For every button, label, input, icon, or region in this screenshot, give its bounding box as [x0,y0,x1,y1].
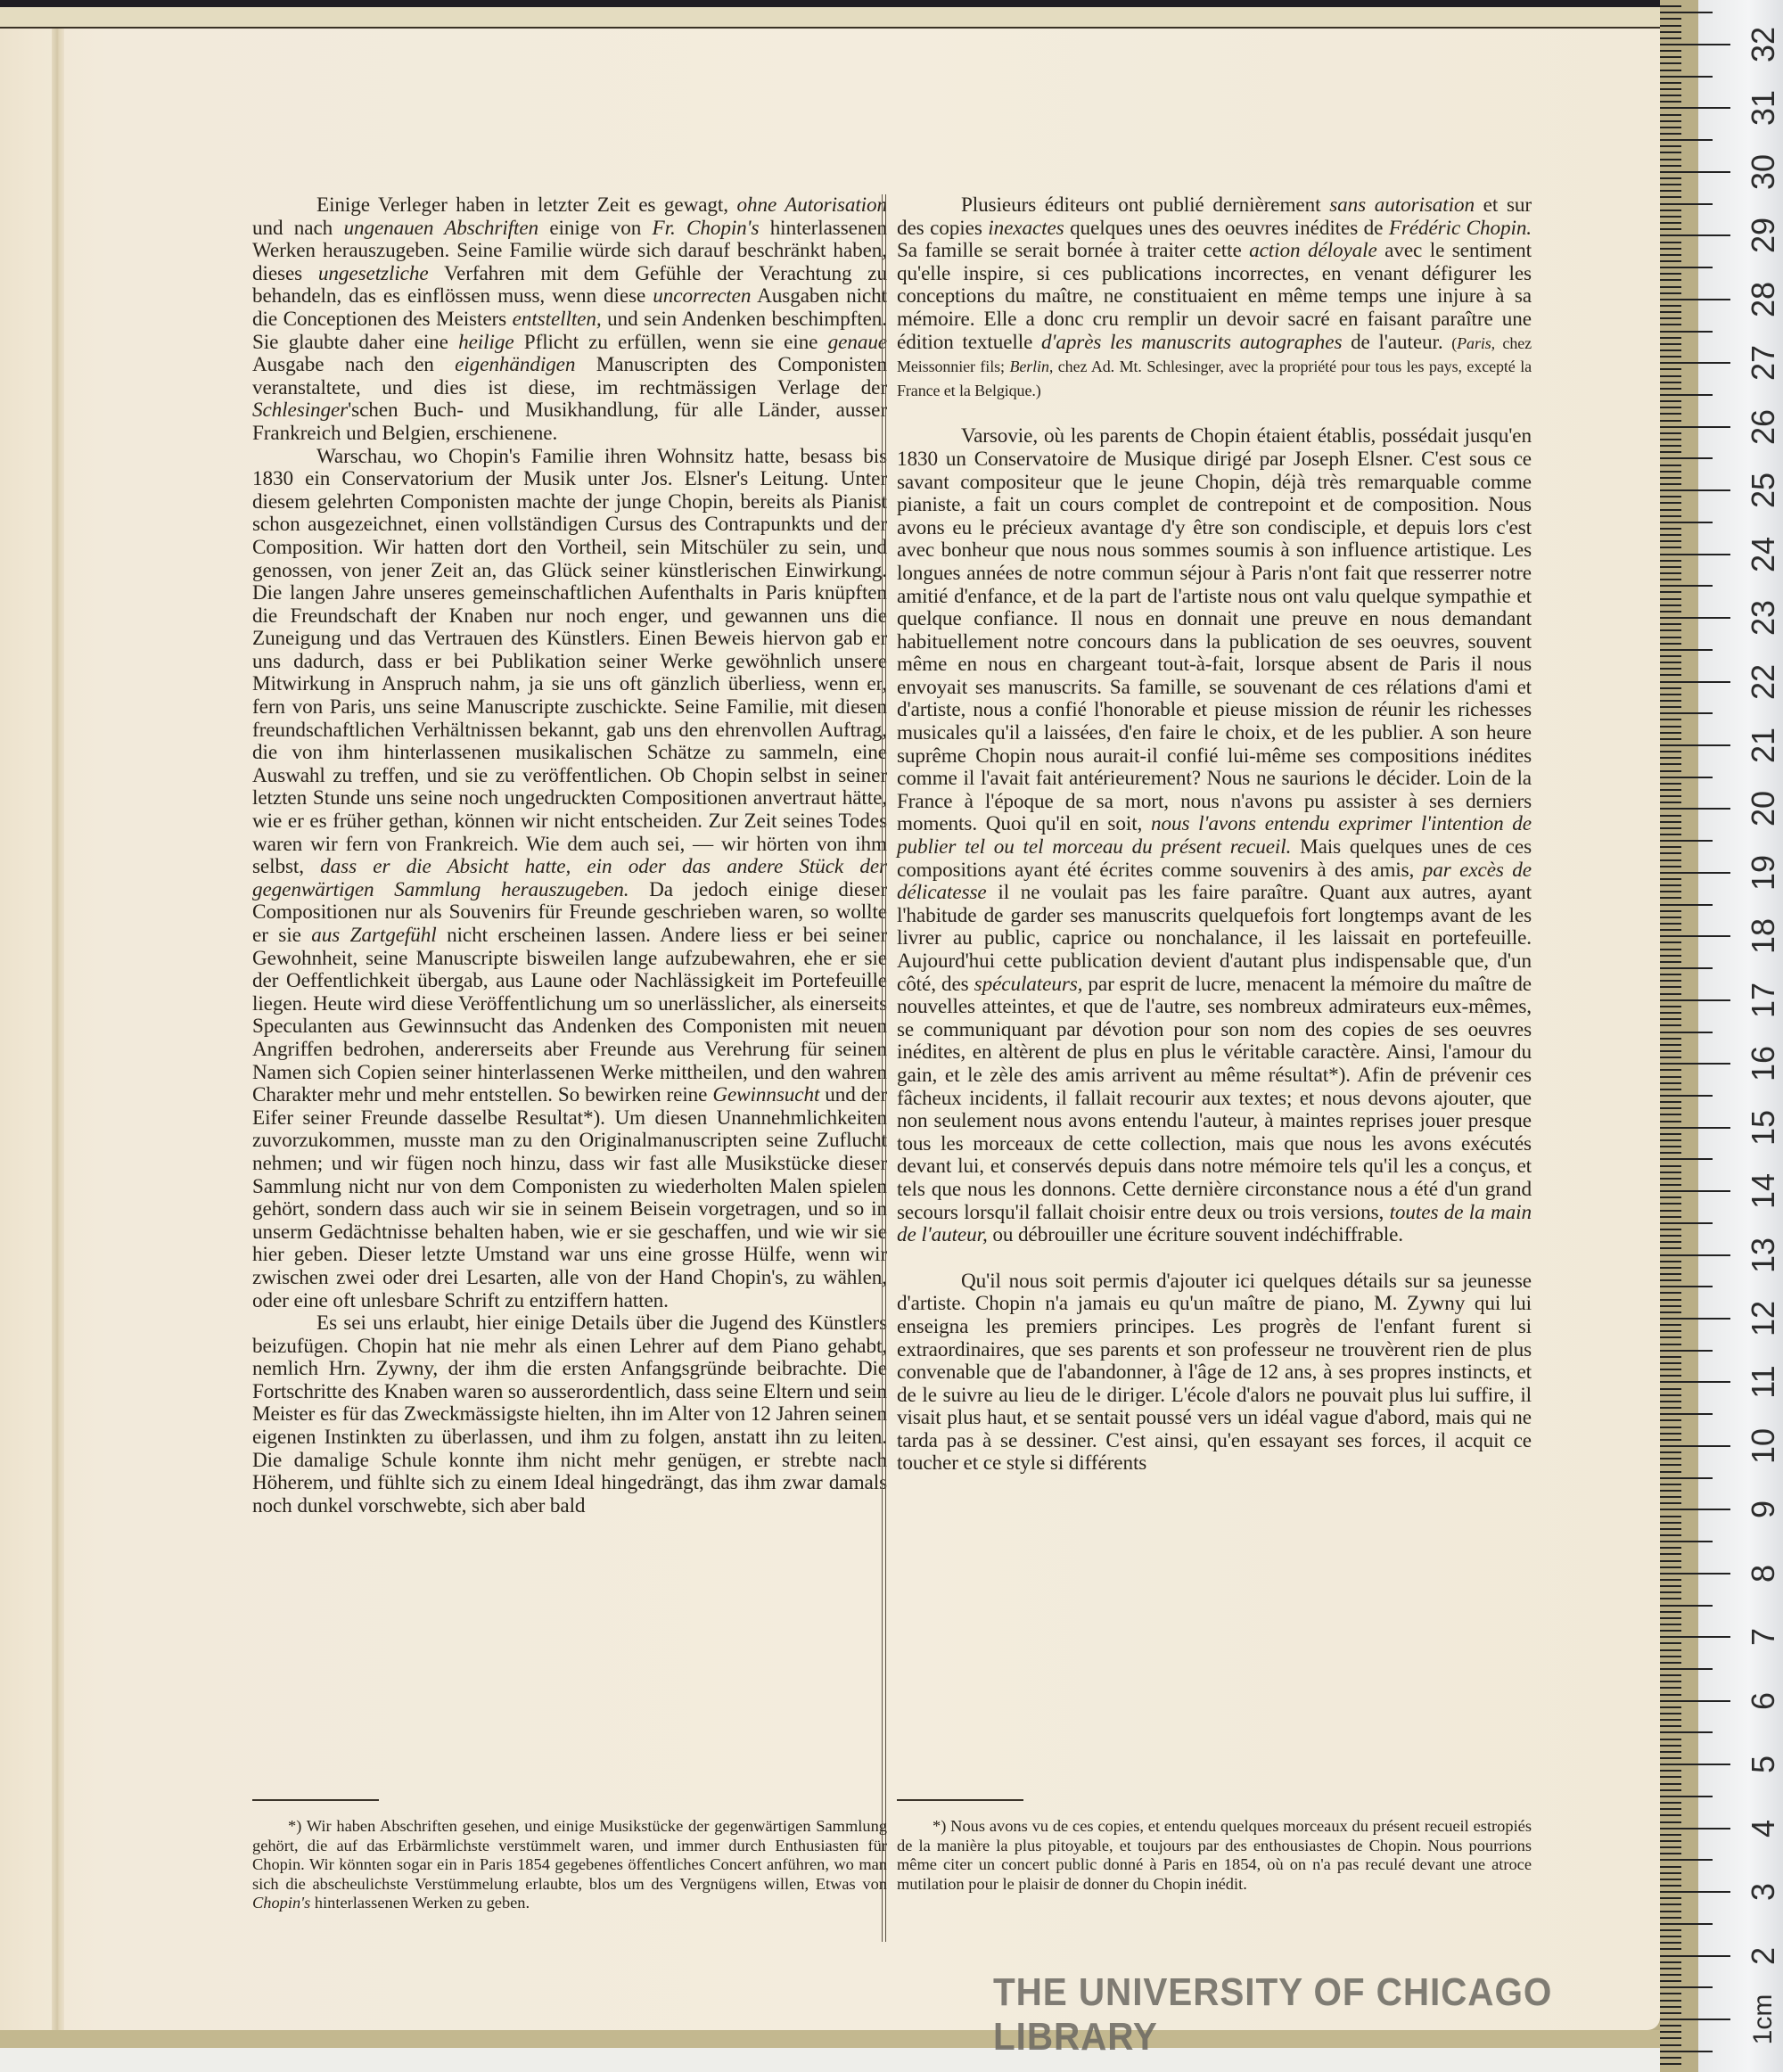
ruler-tick [1660,273,1681,275]
ruler-tick [1660,1897,1681,1899]
german-paragraph-intro: Einige Verleger haben in letzter Zeit es… [252,194,887,446]
ruler-label: 27 [1747,336,1779,390]
book-top-edge [0,7,1698,29]
ruler-tick [1660,1611,1681,1613]
ruler-tick [1660,923,1681,925]
ruler-tick [1660,88,1681,90]
ruler-tick [1660,547,1681,548]
ruler-tick [1660,420,1681,422]
ruler-tick [1660,1388,1681,1390]
ruler-tick [1660,159,1681,160]
ruler-tick [1660,1107,1681,1109]
ruler-tick [1660,1139,1681,1141]
ruler-label: 7 [1747,1610,1779,1664]
ruler-tick [1660,1330,1681,1332]
ruler-tick [1660,165,1681,167]
ruler-tick [1660,483,1681,485]
ruler-tick [1660,317,1681,319]
ruler-tick [1660,1012,1681,1014]
ruler-tick [1660,1336,1681,1338]
ruler-tick [1660,1305,1681,1307]
ruler-tick [1660,1770,1681,1772]
ruler-tick [1660,1757,1681,1759]
ruler-tick [1660,120,1681,122]
ruler-tick [1660,1731,1713,1733]
ruler-tick [1660,808,1730,810]
ruler-label: 24 [1747,528,1779,581]
ruler-tick [1660,1076,1681,1078]
ruler-tick [1660,1229,1681,1230]
ruler-tick [1660,643,1681,645]
german-footnote-text: *) Wir haben Abschriften gesehen, und ei… [252,1817,887,1913]
ruler-tick [1660,1318,1730,1320]
ruler-tick [1660,1292,1681,1294]
ruler-tick [1660,1917,1681,1919]
ruler-tick [1660,1624,1681,1625]
ruler-tick [1660,1369,1681,1370]
ruler-tick [1660,655,1681,657]
library-stamp: THE UNIVERSITY OF CHICAGO LIBRARY [993,1970,1720,2060]
ruler-tick [1660,522,1713,523]
ruler-tick [1660,133,1681,135]
ruler-tick [1660,878,1681,880]
ruler-tick [1660,846,1681,848]
ruler-tick [1660,1872,1681,1874]
ruler-tick [1660,127,1681,128]
ruler-tick [1660,617,1730,619]
ruler-label: 25 [1747,464,1779,517]
ruler-tick [1660,114,1681,116]
ruler-tick [1660,980,1681,982]
ruler-tick [1660,967,1713,969]
ruler-tick [1660,859,1681,861]
german-footnote: *) Wir haben Abschriften gesehen, und ei… [252,1817,887,1913]
ruler-tick [1660,471,1681,473]
ruler-tick [1660,1713,1681,1714]
ruler-tick [1660,795,1681,797]
ruler-tick [1660,591,1681,593]
ruler-tick [1660,1955,1730,1957]
ruler-tick [1660,993,1681,995]
french-paragraph-varsovie: Varsovie, où les parents de Chopin étaie… [897,425,1532,1246]
ruler-tick [1660,382,1681,383]
ruler-tick [1660,974,1681,975]
ruler-label: 9 [1747,1483,1779,1536]
ruler-tick [1660,1133,1681,1135]
french-paragraph-intro: Plusieurs éditeurs ont publié dernièreme… [897,194,1532,402]
ruler-tick [1660,1165,1681,1167]
ruler-tick [1660,1299,1681,1301]
ruler-label: 26 [1747,400,1779,454]
ruler-tick [1660,1044,1681,1046]
ruler-tick [1660,1636,1730,1638]
binding-gutter [52,29,64,2030]
ruler-tick [1660,1362,1681,1364]
ruler-tick [1660,1273,1681,1275]
ruler-tick [1660,1656,1681,1657]
ruler-tick [1660,1605,1713,1607]
ruler-tick [1660,101,1681,103]
ruler-tick [1660,1089,1681,1090]
ruler-tick [1660,1719,1681,1721]
ruler-tick [1660,1419,1681,1421]
ruler-tick [1660,1961,1681,1963]
ruler-tick [1660,866,1681,867]
ruler-tick [1660,598,1681,600]
ruler-tick [1660,687,1681,689]
ruler-tick [1660,1261,1681,1262]
ruler-tick [1660,426,1730,428]
ruler-tick [1660,540,1681,542]
ruler-label: 13 [1747,1229,1779,1282]
ruler-tick [1660,783,1681,785]
ruler-tick [1660,1502,1681,1504]
ruler-tick [1660,1668,1713,1670]
ruler-label: 31 [1747,81,1779,135]
ruler-tick [1660,929,1681,931]
ruler-tick [1660,719,1681,720]
ruler-tick [1660,700,1681,702]
ruler-tick [1660,1516,1681,1517]
ruler-tick [1660,1617,1681,1619]
ruler-tick [1660,1490,1681,1492]
ruler-tick [1660,1394,1681,1396]
ruler-tick [1660,349,1681,351]
french-text-column: Plusieurs éditeurs ont publié dernièreme… [897,194,1532,1476]
ruler-tick [1660,1579,1681,1581]
german-paragraph-youth: Es sei uns erlaubt, hier einige Details … [252,1312,887,1517]
ruler-tick [1660,1032,1713,1033]
ruler-tick [1660,1528,1681,1530]
ruler-tick [1660,368,1681,370]
ruler-tick [1660,1859,1713,1861]
ruler-tick [1660,1885,1681,1887]
ruler-tick [1660,757,1681,759]
ruler-tick [1660,1057,1681,1058]
ruler-tick [1660,1439,1681,1441]
ruler-tick [1660,1286,1713,1287]
ruler-tick [1660,413,1681,415]
ruler-tick [1660,234,1730,236]
ruler-tick [1660,1375,1681,1377]
ruler-tick [1660,999,1730,1001]
ruler-tick [1660,1018,1681,1020]
ruler-tick [1660,477,1681,479]
ruler-tick [1660,1802,1681,1804]
ruler-tick [1660,1725,1681,1727]
ruler-tick [1660,70,1681,71]
ruler-tick [1660,751,1681,752]
ruler-tick [1660,789,1681,791]
ruler-tick [1660,311,1681,313]
ruler-tick [1660,1254,1730,1256]
ruler-label: 19 [1747,846,1779,900]
ruler-tick [1660,1401,1681,1402]
ruler-tick [1660,1936,1681,1937]
ruler-label: 3 [1747,1865,1779,1919]
ruler-label: 28 [1747,273,1779,326]
ruler-tick [1660,457,1713,459]
ruler-tick [1660,18,1681,20]
ruler-tick [1660,171,1730,173]
ruler-tick [1660,1477,1713,1479]
ruler-tick [1660,1694,1681,1696]
ruler-tick [1660,184,1681,185]
ruler-tick [1660,1681,1681,1682]
ruler-tick [1660,1674,1681,1676]
ruler-tick [1660,579,1681,580]
ruler-tick [1660,1311,1681,1313]
ruler-tick [1660,1649,1681,1651]
ruler-tick [1660,1350,1713,1352]
ruler-tick [1660,1222,1713,1224]
ruler-tick [1660,1095,1713,1097]
ruler-tick [1660,1484,1681,1485]
french-footnote-rule [897,1799,1023,1801]
ruler-tick [1660,674,1681,676]
ruler-label: 11 [1747,1355,1779,1409]
ruler-tick [1660,1814,1681,1816]
scanner-top-edge [0,0,1698,7]
ruler-tick [1660,941,1681,943]
ruler-tick [1660,904,1713,906]
ruler-tick [1660,509,1681,511]
ruler-tick [1660,1642,1681,1644]
ruler-tick [1660,1866,1681,1868]
ruler-tick [1660,834,1681,835]
ruler-tick [1660,5,1681,7]
ruler-tick [1660,917,1681,918]
ruler-tick [1660,662,1681,663]
ruler-tick [1660,668,1681,670]
ruler-tick [1660,1598,1681,1599]
ruler-tick [1660,152,1681,153]
ruler-label: 18 [1747,909,1779,963]
ruler-tick [1660,242,1681,243]
ruler-tick [1660,623,1681,625]
ruler-tick [1660,267,1713,268]
ruler-tick [1660,1573,1730,1575]
ruler-tick [1660,1184,1681,1186]
ruler-tick [1660,2063,1681,2065]
ruler-tick [1660,1471,1681,1473]
ruler-tick [1660,763,1681,765]
ruler-tick [1660,1427,1681,1428]
ruler-tick [1660,1496,1681,1498]
ruler-label: 21 [1747,719,1779,772]
ruler-tick [1660,44,1730,45]
ruler-tick [1660,827,1681,829]
ruler-tick [1660,1789,1681,1791]
ruler-tick [1660,770,1681,772]
ruler-tick [1660,299,1730,300]
ruler-tick [1660,604,1681,606]
ruler-tick [1660,534,1681,536]
ruler-tick [1660,82,1681,84]
ruler-tick [1660,1381,1730,1383]
ruler-tick [1660,107,1730,109]
ruler-tick [1660,1879,1681,1880]
ruler-tick [1660,439,1681,440]
ruler-tick [1660,343,1681,345]
ruler-tick [1660,1828,1730,1829]
ruler-tick [1660,1591,1681,1593]
ruler-tick [1660,1751,1681,1753]
german-paragraph-warsaw: Warschau, wo Chopin's Familie ihren Wohn… [252,446,887,1313]
ruler-tick [1660,694,1681,695]
ruler-tick [1660,1344,1681,1345]
ruler-tick [1660,12,1713,13]
french-footnote: *) Nous avons vu de ces copies, et enten… [897,1817,1532,1894]
ruler-tick [1660,649,1713,651]
ruler-tick [1660,228,1681,230]
ruler-tick [1660,1127,1730,1129]
ruler-tick [1660,566,1681,568]
ruler-tick [1660,802,1681,803]
ruler-tick [1660,1687,1681,1689]
ruler-label: 5 [1747,1738,1779,1791]
ruler-tick [1660,139,1713,141]
ruler-tick [1660,1152,1681,1154]
ruler-tick [1660,629,1681,631]
ruler-tick [1660,145,1681,147]
ruler-tick [1660,1247,1681,1249]
ruler-tick [1660,1662,1681,1664]
ruler-tick [1660,815,1681,817]
ruler-tick [1660,891,1681,892]
ruler-tick [1660,1911,1681,1912]
ruler-label: 29 [1747,209,1779,262]
ruler-label: 10 [1747,1419,1779,1473]
ruler-tick [1660,1356,1681,1358]
ruler-tick [1660,331,1713,333]
ruler-tick [1660,1038,1681,1040]
ruler-tick [1660,515,1681,517]
ruler-tick [1660,260,1681,262]
ruler-tick [1660,1553,1681,1555]
ruler-label: 20 [1747,782,1779,835]
ruler-label: 15 [1747,1101,1779,1155]
ruler-tick [1660,292,1681,294]
ruler-tick [1660,1948,1681,1950]
ruler-tick [1660,726,1681,728]
ruler-tick [1660,1739,1681,1740]
ruler-tick [1660,177,1681,179]
ruler-tick [1660,1458,1681,1459]
ruler-tick [1660,1509,1730,1510]
ruler-tick [1660,1808,1681,1810]
ruler-tick [1660,1267,1681,1269]
ruler-tick [1660,738,1681,740]
ruler-tick [1660,502,1681,504]
ruler-tick [1660,1903,1681,1905]
ruler-tick [1660,585,1713,587]
ruler-tick [1660,1560,1681,1562]
ruler-tick [1660,203,1713,205]
ruler-tick [1660,305,1681,307]
ruler-label: 2 [1747,1929,1779,1983]
ruler-tick [1660,76,1713,78]
ruler-label: 14 [1747,1164,1779,1218]
ruler-tick [1660,1464,1681,1466]
ruler-tick [1660,1050,1681,1052]
ruler-tick [1660,1585,1681,1587]
ruler-tick [1660,1279,1681,1281]
ruler-tick [1660,356,1681,358]
ruler-label: 32 [1747,18,1779,71]
french-intro-text: Plusieurs éditeurs ont publié dernièreme… [897,193,1532,354]
ruler-label: 1cm [1747,1979,1779,2060]
ruler-tick [1660,611,1681,613]
ruler-tick [1660,1846,1681,1848]
ruler-tick [1660,407,1681,408]
ruler-tick [1660,572,1681,574]
ruler-tick [1660,1196,1681,1198]
ruler-tick [1660,1968,1681,1969]
ruler-tick [1660,400,1681,402]
ruler-tick [1660,955,1681,957]
ruler-tick [1660,961,1681,963]
ruler-tick [1660,1706,1681,1708]
ruler-label: 30 [1747,145,1779,199]
ruler-tick [1660,216,1681,218]
ruler-tick [1660,1923,1713,1925]
ruler-tick [1660,1840,1681,1842]
ruler-label: 4 [1747,1802,1779,1855]
ruler-tick [1660,222,1681,224]
ruler-tick [1660,1063,1730,1065]
ruler-label: 17 [1747,974,1779,1027]
ruler-tick [1660,1082,1681,1084]
ruler-tick [1660,1821,1681,1823]
ruler-tick [1660,1101,1681,1103]
ruler-tick [1660,732,1681,734]
ruler-label: 12 [1747,1292,1779,1345]
ruler-tick [1660,1547,1681,1549]
ruler-tick [1660,1891,1730,1893]
ruler-tick [1660,1929,1681,1931]
ruler-label: 22 [1747,655,1779,709]
ruler-tick [1660,1024,1681,1026]
ruler-tick [1660,1172,1681,1173]
ruler-tick [1660,465,1681,466]
ruler-tick [1660,1942,1681,1944]
ruler-tick [1660,1241,1681,1243]
ruler-tick [1660,884,1681,886]
ruler-tick [1660,1069,1681,1071]
ruler-tick [1660,1433,1681,1435]
ruler-tick [1660,445,1681,447]
ruler-tick [1660,489,1730,491]
ruler-tick [1660,821,1681,823]
ruler-tick [1660,248,1681,250]
ruler-tick [1660,1407,1681,1409]
ruler-tick [1660,388,1681,390]
ruler-tick [1660,1216,1681,1218]
ruler-tick [1660,528,1681,530]
ruler-tick [1660,31,1681,33]
french-paragraph-youth: Qu'il nous soit permis d'ajouter ici que… [897,1270,1532,1476]
ruler-tick [1660,949,1681,950]
ruler-tick [1660,910,1681,912]
ruler-label: 8 [1747,1547,1779,1600]
ruler-tick [1660,744,1730,746]
ruler-tick [1660,254,1681,256]
ruler-tick [1660,337,1681,339]
ruler-tick [1660,56,1681,58]
ruler-tick [1660,706,1681,708]
ruler-tick [1660,1776,1681,1778]
